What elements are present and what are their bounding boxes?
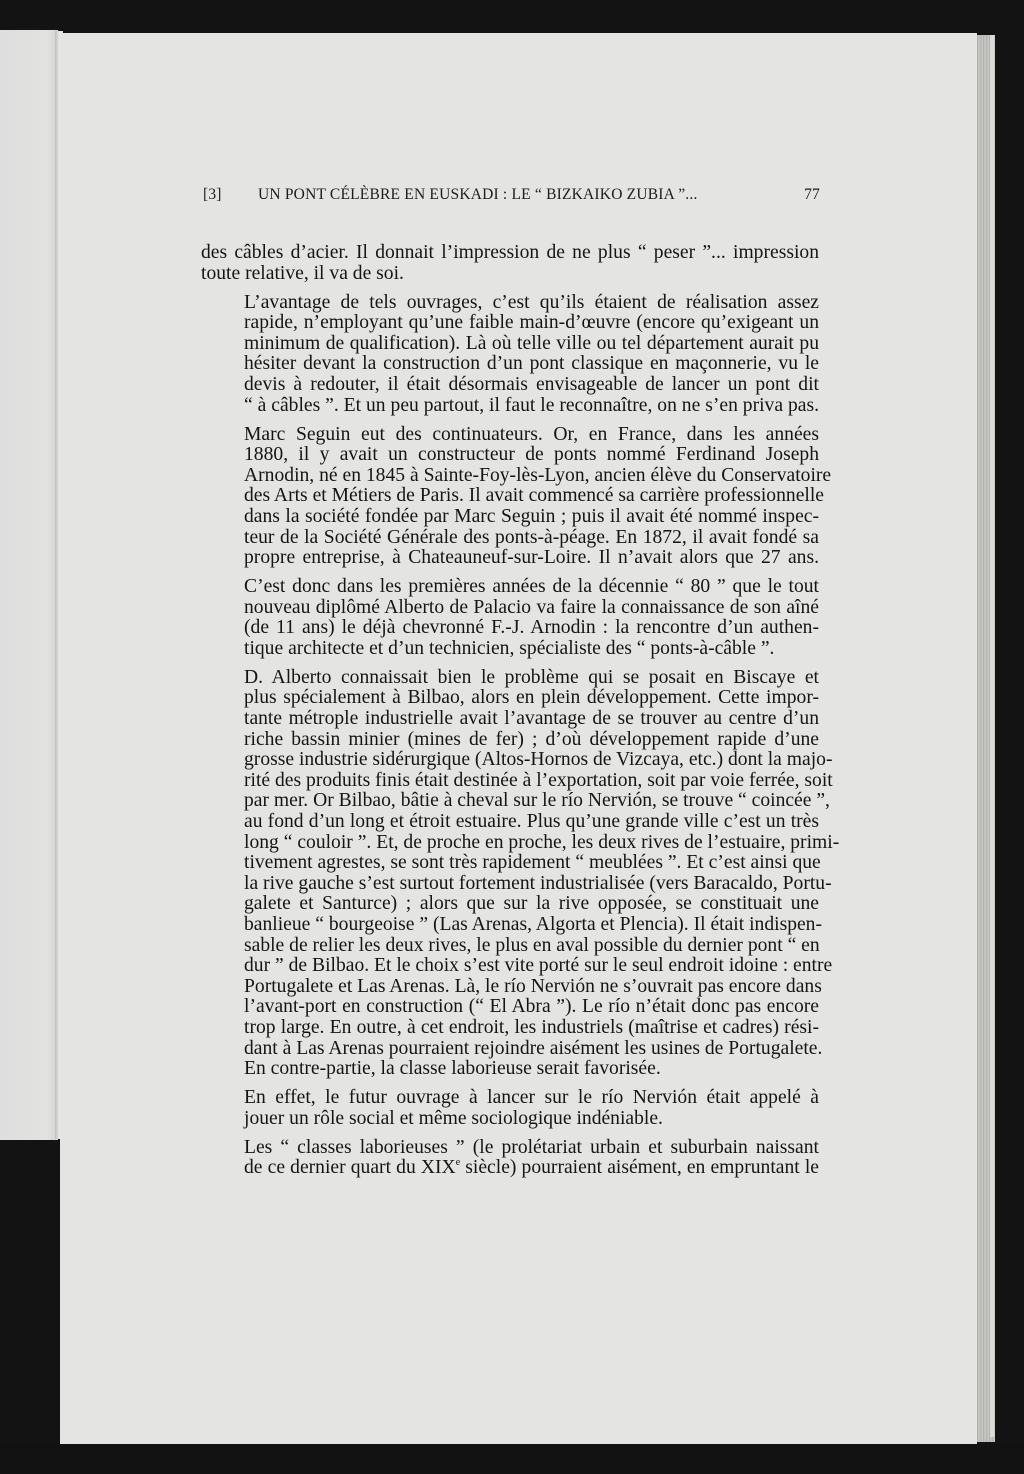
text-line: l’avant-port en construction (“ El Abra … xyxy=(201,997,819,1018)
text-line: Marc Seguin eut des continuateurs. Or, e… xyxy=(201,425,819,446)
text-line: banlieue “ bourgeoise ” (Las Arenas, Alg… xyxy=(201,915,819,936)
page-number: 77 xyxy=(804,186,820,204)
text-line: trop large. En outre, à cet endroit, les… xyxy=(201,1018,819,1039)
text-line: hésiter devant la construction d’un pont… xyxy=(201,354,819,375)
text-line: Les “ classes laborieuses ” (le prolétar… xyxy=(201,1138,819,1159)
text-line: 1880, il y avait un constructeur de pont… xyxy=(201,445,819,466)
section-number: [3] xyxy=(203,186,222,204)
scan-background xyxy=(0,1444,1024,1474)
text-line: tante métrople industrielle avait l’avan… xyxy=(201,709,819,730)
text-line: de ce dernier quart du XIXe siècle) pour… xyxy=(201,1158,819,1179)
paragraph: Les “ classes laborieuses ” (le prolétar… xyxy=(201,1138,819,1179)
text-line: Portugalete et Las Arenas. Là, le río Ne… xyxy=(201,977,819,998)
paragraph: Marc Seguin eut des continuateurs. Or, e… xyxy=(201,425,819,569)
text-line: des Arts et Métiers de Paris. Il avait c… xyxy=(201,486,819,507)
text-line: tique architecte et d’un technicien, spé… xyxy=(201,639,819,660)
text-line: des câbles d’acier. Il donnait l’impress… xyxy=(201,243,819,264)
text-line: tivement agrestes, se sont très rapideme… xyxy=(201,853,819,874)
text-line: dur ” de Bilbao. Et le choix s’est vite … xyxy=(201,956,819,977)
text-line: L’avantage de tels ouvrages, c’est qu’il… xyxy=(201,293,819,314)
text-line: dans la société fondée par Marc Seguin ;… xyxy=(201,507,819,528)
paragraph: L’avantage de tels ouvrages, c’est qu’il… xyxy=(201,293,819,417)
running-header: [3] UN PONT CÉLÈBRE EN EUSKADI : LE “ BI… xyxy=(203,186,820,208)
text-line: minimum de qualification). Là où telle v… xyxy=(201,334,819,355)
text-line: C’est donc dans les premières années de … xyxy=(201,577,819,598)
text-line: dant à Las Arenas pourraient rejoindre a… xyxy=(201,1039,819,1060)
paragraph: En effet, le futur ouvrage à lancer sur … xyxy=(201,1088,819,1129)
text-line: rité des produits finis était destinée à… xyxy=(201,771,819,792)
text-line: propre entreprise, à Chateauneuf-sur-Loi… xyxy=(201,548,819,569)
text-line: En contre-partie, la classe laborieuse s… xyxy=(201,1059,819,1080)
text-fragment: siècle) pourraient aisément, en emprunta… xyxy=(460,1157,819,1178)
text-line: (de 11 ans) le déjà chevronné F.-J. Arno… xyxy=(201,618,819,639)
text-line: teur de la Société Générale des ponts-à-… xyxy=(201,528,819,549)
text-line: sable de relier les deux rives, le plus … xyxy=(201,936,819,957)
text-line: la rive gauche s’est surtout fortement i… xyxy=(201,874,819,895)
text-line: long “ couloir ”. Et, de proche en proch… xyxy=(201,833,819,854)
paragraph: des câbles d’acier. Il donnait l’impress… xyxy=(201,243,819,284)
left-page-edge xyxy=(0,30,58,1140)
text-line: toute relative, il va de soi. xyxy=(201,264,819,285)
text-fragment: de ce dernier quart du XIX xyxy=(244,1157,456,1178)
page-stack-rim xyxy=(990,35,994,1437)
text-line: jouer un rôle social et même sociologiqu… xyxy=(201,1109,819,1130)
text-line: “ à câbles ”. Et un peu partout, il faut… xyxy=(201,396,819,417)
running-title: UN PONT CÉLÈBRE EN EUSKADI : LE “ BIZKAI… xyxy=(258,186,698,204)
text-line: par mer. Or Bilbao, bâtie à cheval sur l… xyxy=(201,791,819,812)
text-line: grosse industrie sidérurgique (Altos-Hor… xyxy=(201,750,819,771)
text-line: En effet, le futur ouvrage à lancer sur … xyxy=(201,1088,819,1109)
paragraph: C’est donc dans les premières années de … xyxy=(201,577,819,659)
text-line: D. Alberto connaissait bien le problème … xyxy=(201,668,819,689)
text-line: riche bassin minier (mines de fer) ; d’o… xyxy=(201,730,819,751)
text-line: Arnodin, né en 1845 à Sainte-Foy-lès-Lyo… xyxy=(201,466,819,487)
text-line: devis à redouter, il était désormais env… xyxy=(201,375,819,396)
text-line: nouveau diplômé Alberto de Palacio va fa… xyxy=(201,598,819,619)
text-line: rapide, n’employant qu’une faible main-d… xyxy=(201,313,819,334)
text-line: plus spécialement à Bilbao, alors en ple… xyxy=(201,688,819,709)
text-line: galete et Santurce) ; alors que sur la r… xyxy=(201,894,819,915)
body-text: des câbles d’acier. Il donnait l’impress… xyxy=(201,243,819,1187)
text-line: au fond d’un long et étroit estuaire. Pl… xyxy=(201,812,819,833)
paragraph: D. Alberto connaissait bien le problème … xyxy=(201,668,819,1080)
